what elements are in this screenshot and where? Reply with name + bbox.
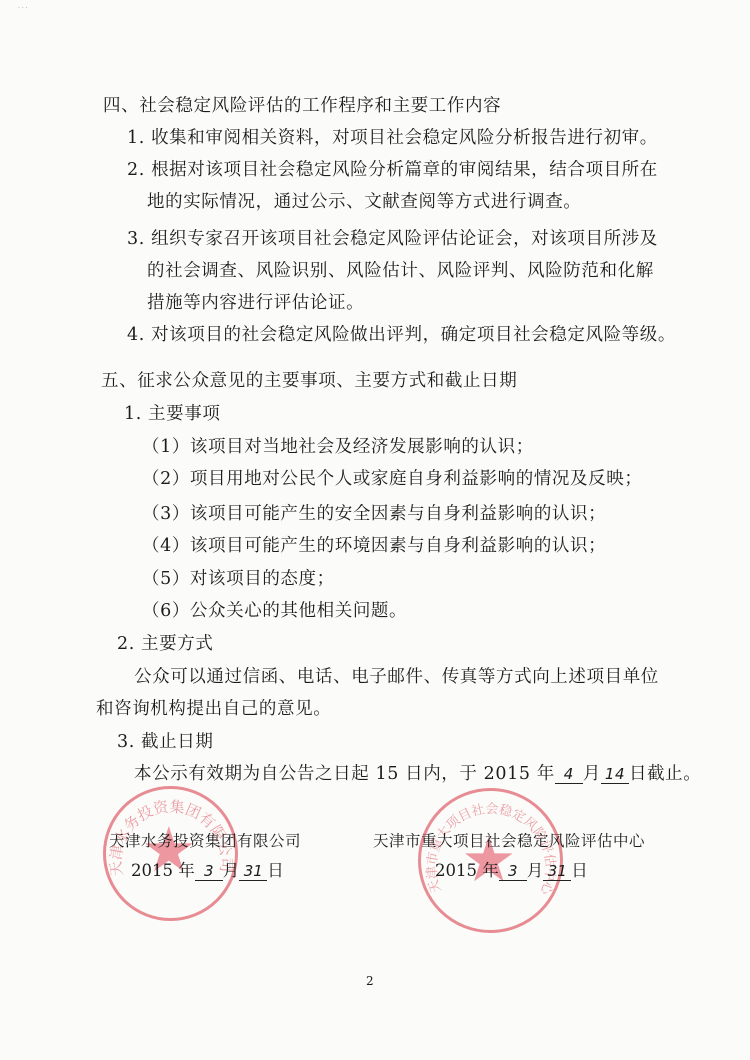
scan-artifact: · · · (18, 5, 28, 12)
deadline-day: 14 (601, 765, 629, 784)
sub-1-title: 1. 主要事项 (124, 403, 220, 425)
section-4-item-3-cont-2: 措施等内容进行评估论证。 (147, 292, 364, 314)
sub-1-item-6: （6）公众关心的其他相关问题。 (142, 600, 407, 622)
sub-2-line-1: 公众可以通过信函、电话、电子邮件、传真等方式向上述项目单位 (134, 666, 659, 688)
sig-month: 3 (499, 862, 527, 881)
section-4-item-1: 1. 收集和审阅相关资料，对项目社会稳定风险分析报告进行初审。 (127, 127, 658, 149)
signature-date-left: 2015 年3月31日 (131, 861, 284, 881)
month-label: 月 (583, 764, 601, 784)
section-5-heading: 五、征求公众意见的主要事项、主要方式和截止日期 (101, 370, 517, 392)
sub-3-title: 3. 截止日期 (117, 731, 213, 753)
deadline-text: 本公示有效期为自公告之日起 15 日内，于 2015 年 (134, 764, 555, 784)
sub-1-item-2: （2）项目用地对公民个人或家庭自身利益影响的情况及反映； (142, 468, 642, 490)
item-number: 3. (127, 229, 145, 249)
sub-2-line-2: 和咨询机构提出自己的意见。 (96, 698, 331, 720)
page-number: 2 (366, 974, 374, 988)
sig-year: 2015 年 (435, 861, 499, 880)
sig-day: 31 (543, 862, 571, 881)
sig-month-label: 月 (527, 861, 544, 880)
item-number: 2. (127, 160, 145, 180)
sig-month: 3 (195, 862, 223, 881)
sub-1-item-4: （4）该项目可能产生的环境因素与自身利益影响的认识； (142, 535, 606, 557)
deadline-line: 本公示有效期为自公告之日起 15 日内，于 2015 年4月14日截止。 (134, 763, 701, 785)
sub-1-item-3: （3）该项目可能产生的安全因素与自身利益影响的认识； (142, 503, 606, 525)
item-number: 1. (127, 128, 145, 148)
item-text: 对该项目的社会稳定风险做出评判，确定项目社会稳定风险等级。 (151, 325, 676, 345)
sig-day-label: 日 (267, 861, 284, 880)
official-seal-left: 天津水务投资集团有限公司 ★ (103, 786, 238, 921)
sig-day: 31 (239, 862, 267, 881)
section-4-item-2: 2. 根据对该项目社会稳定风险分析篇章的审阅结果，结合项目所在 (127, 159, 658, 181)
section-4-item-3-cont-1: 的社会调查、风险识别、风险估计、风险评判、风险防范和化解 (147, 260, 654, 282)
sig-year: 2015 年 (131, 861, 195, 880)
sub-2-title: 2. 主要方式 (117, 633, 213, 655)
signature-org-left: 天津水务投资集团有限公司 (109, 831, 301, 851)
sub-1-item-1: （1）该项目对当地社会及经济发展影响的认识； (142, 436, 534, 458)
section-4-item-3: 3. 组织专家召开该项目社会稳定风险评估论证会，对该项目所涉及 (127, 228, 658, 250)
sig-month-label: 月 (223, 861, 240, 880)
deadline-month: 4 (555, 765, 583, 784)
section-4-item-4: 4. 对该项目的社会稳定风险做出评判，确定项目社会稳定风险等级。 (127, 324, 676, 346)
item-number: 4. (127, 325, 145, 345)
section-4-heading: 四、社会稳定风险评估的工作程序和主要工作内容 (103, 95, 501, 117)
section-4-item-2-cont: 地的实际情况，通过公示、文献查阅等方式进行调查。 (147, 191, 581, 213)
sub-1-item-5: （5）对该项目的态度； (142, 568, 335, 590)
item-text: 收集和审阅相关资料，对项目社会稳定风险分析报告进行初审。 (151, 128, 658, 148)
sig-day-label: 日 (571, 861, 588, 880)
signature-org-right: 天津市重大项目社会稳定风险评估中心 (373, 831, 645, 851)
signature-date-right: 2015 年3月31日 (435, 861, 588, 881)
document-page: · · · 四、社会稳定风险评估的工作程序和主要工作内容 1. 收集和审阅相关资… (0, 0, 750, 1060)
item-text: 根据对该项目社会稳定风险分析篇章的审阅结果，结合项目所在 (151, 160, 658, 180)
deadline-suffix: 日截止。 (629, 764, 701, 784)
item-text: 组织专家召开该项目社会稳定风险评估论证会，对该项目所涉及 (151, 229, 658, 249)
